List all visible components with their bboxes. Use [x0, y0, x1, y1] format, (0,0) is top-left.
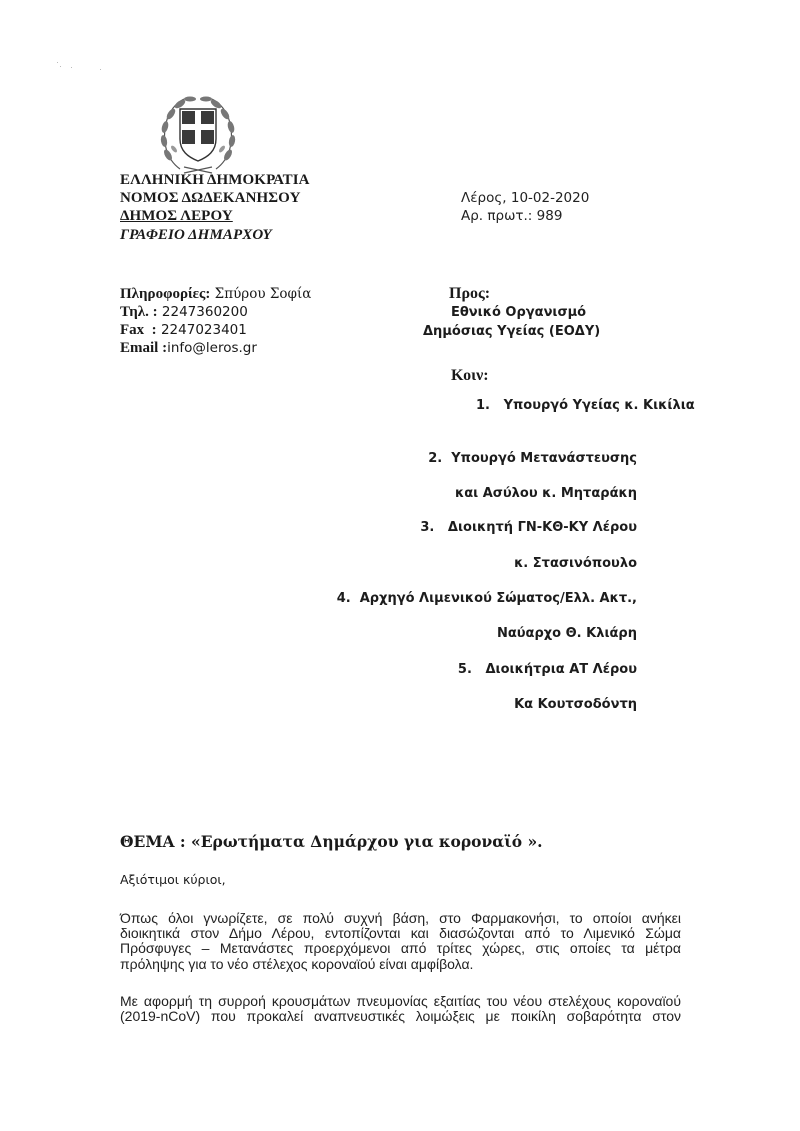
cc-item-3-cont: κ. Στασινόπουλο: [514, 556, 637, 571]
cc-item-number: 3.: [420, 520, 434, 535]
cc-item-5-cont: Κα Κουτσοδόντη: [514, 697, 637, 712]
paragraph-line: Με αφορμή τη συρροή κρουσμάτων πνευμονία…: [120, 994, 681, 1009]
issuer-municipality: ΔΗΜΟΣ ΛΕΡΟΥ: [120, 208, 233, 225]
cc-item-1: 1. Υπουργό Υγείας κ. Κικίλια: [476, 398, 695, 413]
scan-artifact: [100, 69, 101, 70]
scan-artifact: [60, 66, 61, 67]
cc-item-number: 1.: [476, 398, 490, 413]
contact-info-value: Σπύρου Σοφία: [210, 286, 311, 302]
subject-line: ΘΕΜΑ : «Ερωτήματα Δημάρχου για κοροναϊό …: [120, 832, 543, 851]
scan-artifact: [57, 62, 58, 63]
email-value[interactable]: info@leros.gr: [167, 340, 257, 356]
cc-item-number: 2.: [428, 451, 442, 466]
contact-email: Email :info@leros.gr: [120, 340, 257, 357]
cc-item-text: Διοικήτρια ΑΤ Λέρου: [485, 662, 637, 677]
place-date: Λέρος, 10-02-2020: [461, 190, 589, 206]
paragraph-line: Όπως όλοι γνωρίζετε, σε πολύ συχνή βάση,…: [120, 911, 681, 926]
contact-info-label: Πληροφορίες:: [120, 286, 210, 302]
to-recipient-line2: Δημόσιας Υγείας (ΕΟΔΥ): [423, 324, 600, 339]
cc-item-text: Διοικητή ΓΝ-ΚΘ-ΚΥ Λέρου: [448, 520, 637, 535]
paragraph-line: Πρόσφυγες – Μετανάστες προερχόμενοι από …: [120, 941, 681, 956]
email-label: Email :: [120, 340, 167, 356]
scan-artifact: [71, 67, 72, 68]
cc-item-text: Υπουργό Υγείας κ. Κικίλια: [504, 398, 695, 413]
contact-fax: Fax : 2247023401: [120, 322, 247, 339]
to-recipient-line1: Εθνικό Οργανισμό: [451, 305, 586, 320]
cc-item-3: 3. Διοικητή ΓΝ-ΚΘ-ΚΥ Λέρου: [420, 520, 637, 535]
paragraph-line: (2019-nCoV) που προκαλεί αναπνευστικές λ…: [120, 1009, 681, 1024]
cc-item-4: 4. Αρχηγό Λιμενικού Σώματος/Ελλ. Ακτ.,: [337, 591, 637, 606]
greeting: Αξιότιμοι κύριοι,: [120, 872, 226, 887]
cc-item-4-cont: Ναύαρχο Θ. Κλιάρη: [497, 626, 637, 641]
greek-coat-of-arms-icon: [160, 93, 236, 175]
cc-label: Κοιν:: [451, 367, 489, 385]
contact-info: Πληροφορίες: Σπύρου Σοφία: [120, 286, 311, 303]
cc-item-5: 5. Διοικήτρια ΑΤ Λέρου: [458, 662, 637, 677]
fax-value: 2247023401: [157, 322, 247, 338]
cc-item-2: 2. Υπουργό Μετανάστευσης: [428, 451, 637, 466]
protocol-number: Αρ. πρωτ.: 989: [461, 208, 562, 224]
phone-value: 2247360200: [158, 304, 248, 320]
issuer-prefecture: ΝΟΜΟΣ ΔΩΔΕΚΑΝΗΣΟΥ: [120, 190, 301, 207]
issuer-office: ΓΡΑΦΕΙΟ ΔΗΜΑΡΧΟΥ: [120, 227, 272, 244]
to-label: Προς:: [449, 285, 490, 303]
fax-label: Fax :: [120, 322, 157, 338]
phone-label: Τηλ. :: [120, 304, 158, 320]
body-paragraph-1: Όπως όλοι γνωρίζετε, σε πολύ συχνή βάση,…: [120, 911, 681, 972]
paragraph-line: πρόληψης για το νέο στέλεχος κοροναϊού ε…: [120, 957, 681, 972]
body-paragraph-2: Με αφορμή τη συρροή κρουσμάτων πνευμονία…: [120, 994, 681, 1024]
cc-item-2-cont: και Ασύλου κ. Μηταράκη: [455, 486, 637, 501]
issuer-country: ΕΛΛΗΝΙΚΗ ΔΗΜΟΚΡΑΤΙΑ: [120, 172, 310, 189]
cc-item-text: Υπουργό Μετανάστευσης: [451, 451, 637, 466]
cc-item-text: Αρχηγό Λιμενικού Σώματος/Ελλ. Ακτ.,: [360, 591, 637, 606]
cc-item-number: 5.: [458, 662, 472, 677]
contact-phone: Τηλ. : 2247360200: [120, 304, 248, 321]
paragraph-line: διοικητικά στον Δήμο Λέρου, εντοπίζονται…: [120, 926, 681, 941]
cc-item-number: 4.: [337, 591, 351, 606]
